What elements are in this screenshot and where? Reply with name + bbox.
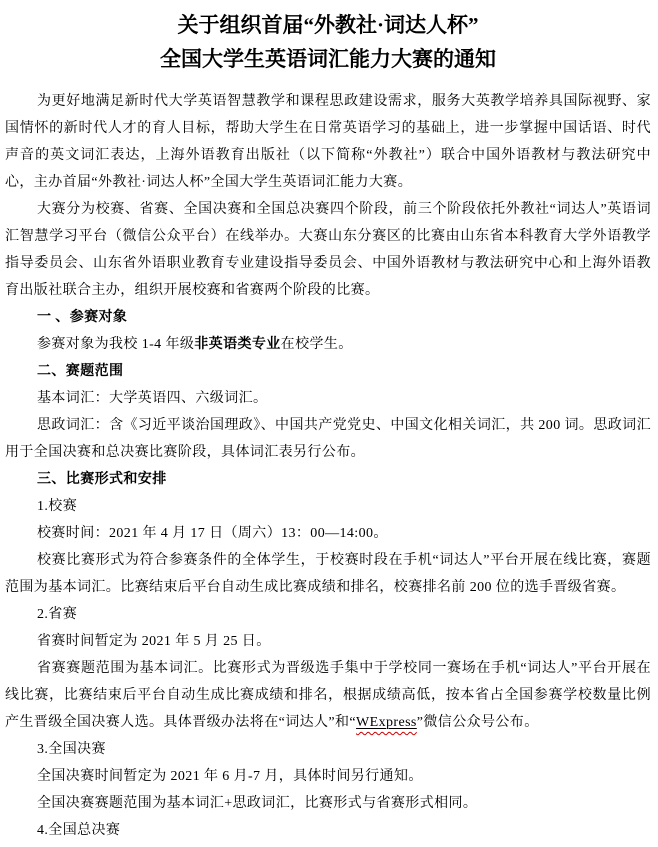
- school-round-time: 校赛时间：2021 年 4 月 17 日（周六）13：00—14:00。: [5, 520, 651, 547]
- title-line-1: 关于组织首届“外教社·词达人杯”: [5, 8, 651, 42]
- ideology-vocabulary-line: 思政词汇：含《习近平谈治国理政》、中国共产党党史、中国文化相关词汇，共 200 …: [5, 412, 651, 466]
- title-line-2: 全国大学生英语词汇能力大赛的通知: [5, 42, 651, 76]
- provincial-round-title: 2.省赛: [5, 601, 651, 628]
- provincial-round-desc: 省赛赛题范围为基本词汇。比赛形式为晋级选手集中于学校同一赛场在手机“词达人”平台…: [5, 655, 651, 736]
- document-title: 关于组织首届“外教社·词达人杯” 全国大学生英语词汇能力大赛的通知: [5, 8, 651, 76]
- provincial-desc-pre: 省赛赛题范围为基本词汇。比赛形式为晋级选手集中于学校同一赛场在手机“词达人”平台…: [5, 661, 651, 730]
- grand-final-title: 4.全国总决赛: [5, 817, 651, 844]
- notice-document: 关于组织首届“外教社·词达人杯” 全国大学生英语词汇能力大赛的通知 为更好地满足…: [0, 0, 658, 847]
- basic-vocabulary-line: 基本词汇：大学英语四、六级词汇。: [5, 385, 651, 412]
- intro-paragraph-2: 大赛分为校赛、省赛、全国决赛和全国总决赛四个阶段，前三个阶段依托外教社“词达人”…: [5, 196, 651, 304]
- intro-paragraph-1: 为更好地满足新时代大学英语智慧教学和课程思政建设需求，服务大英教学培养具国际视野…: [5, 88, 651, 196]
- national-final-desc: 全国决赛赛题范围为基本词汇+思政词汇，比赛形式与省赛形式相同。: [5, 790, 651, 817]
- school-round-title: 1.校赛: [5, 493, 651, 520]
- provincial-round-time: 省赛时间暂定为 2021 年 5 月 25 日。: [5, 628, 651, 655]
- audience-text-pre: 参赛对象为我校 1-4 年级: [37, 337, 194, 352]
- national-final-title: 3.全国决赛: [5, 736, 651, 763]
- national-final-time: 全国决赛时间暂定为 2021 年 6 月-7 月，具体时间另行通知。: [5, 763, 651, 790]
- audience-text-post: 在校学生。: [281, 337, 353, 352]
- section-1-heading: 一 、参赛对象: [5, 304, 651, 331]
- section-1-body: 参赛对象为我校 1-4 年级非英语类专业在校学生。: [5, 331, 651, 358]
- wexpress-underlined-text: WExpress: [356, 715, 417, 730]
- provincial-desc-post: ”微信公众号公布。: [417, 715, 539, 730]
- school-round-desc: 校赛比赛形式为符合参赛条件的全体学生，于校赛时段在手机“词达人”平台开展在线比赛…: [5, 547, 651, 601]
- section-2-heading: 二、赛题范围: [5, 358, 651, 385]
- section-3-heading: 三、比赛形式和安排: [5, 466, 651, 493]
- wexpress-misspelled-word: WExpress: [356, 715, 417, 730]
- audience-text-bold: 非英语类专业: [194, 337, 280, 352]
